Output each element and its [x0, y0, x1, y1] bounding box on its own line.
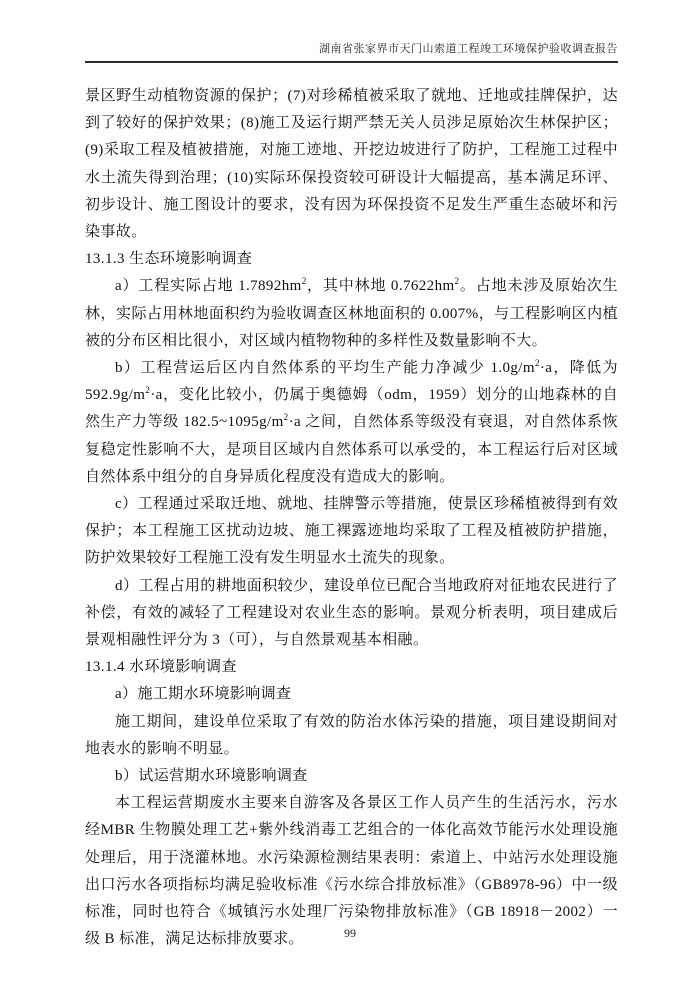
superscript: 2 [284, 412, 289, 422]
page-footer: 99 [0, 924, 700, 942]
body-paragraph: a）工程实际占地 1.7892hm2，其中林地 0.7622hm2。占地未涉及原… [85, 273, 618, 355]
page-number: 99 [344, 926, 356, 940]
header-running-title: 湖南省张家界市天门山索道工程竣工环境保护验收调查报告 [85, 40, 618, 56]
section-heading: 13.1.4 水环境影响调查 [85, 654, 618, 681]
body-paragraph: a）施工期水环境影响调查 [85, 681, 618, 708]
body-paragraph: b）工程营运后区内自然体系的平均生产能力净减少 1.0g/m2·a，降低为592… [85, 355, 618, 491]
superscript: 2 [145, 385, 150, 395]
section-heading: 13.1.3 生态环境影响调查 [85, 246, 618, 273]
superscript: 2 [302, 276, 307, 286]
superscript: 2 [455, 276, 460, 286]
body-paragraph: 景区野生动植物资源的保护；(7)对珍稀植被采取了就地、迁地或挂牌保护，达到了较好… [85, 83, 618, 246]
body-paragraph: 施工期间，建设单位采取了有效的防治水体污染的措施，项目建设期间对地表水的影响不明… [85, 709, 618, 763]
body-paragraph: c）工程通过采取迁地、就地、挂牌警示等措施，使景区珍稀植被得到有效保护；本工程施… [85, 491, 618, 573]
document-page: 湖南省张家界市天门山索道工程竣工环境保护验收调查报告 景区野生动植物资源的保护；… [0, 0, 700, 990]
page-header: 湖南省张家界市天门山索道工程竣工环境保护验收调查报告 [85, 0, 618, 63]
superscript: 2 [535, 358, 540, 368]
document-body: 景区野生动植物资源的保护；(7)对珍稀植被采取了就地、迁地或挂牌保护，达到了较好… [85, 83, 618, 954]
body-paragraph: b）试运营期水环境影响调查 [85, 763, 618, 790]
body-paragraph: d）工程占用的耕地面积较少，建设单位已配合当地政府对征地农民进行了补偿，有效的减… [85, 573, 618, 655]
